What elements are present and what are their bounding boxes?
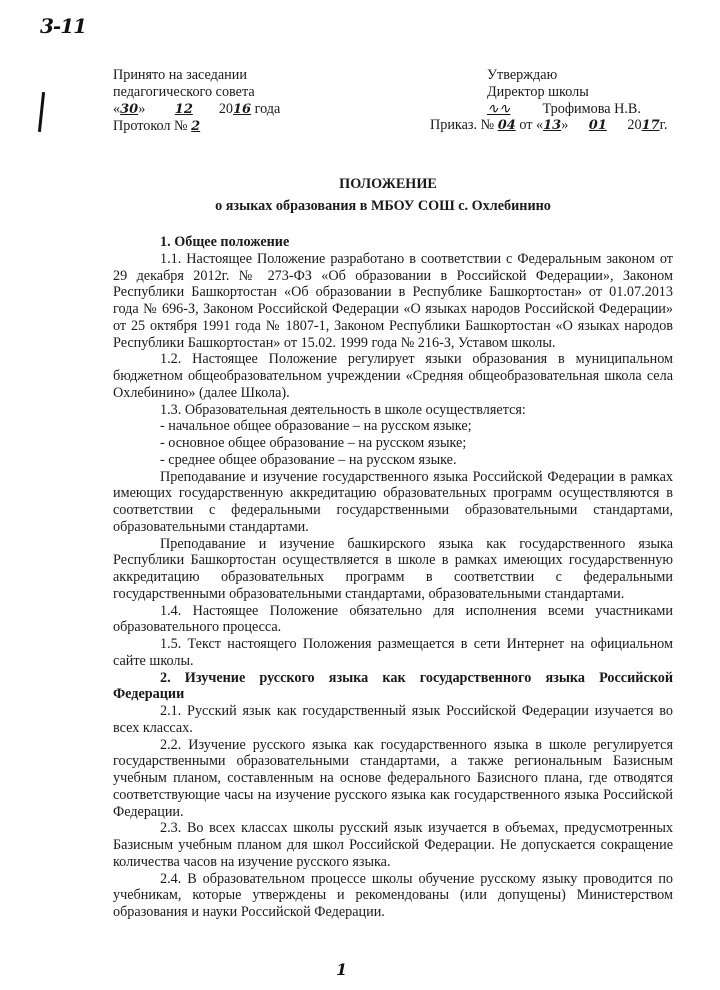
handwritten-month: 12 [149, 102, 219, 119]
section-heading-1: 1. Общее положение [113, 234, 673, 251]
year-prefix: 20 [219, 101, 233, 117]
paragraph-bashkir-language: Преподавание и изучение башкирского язык… [113, 536, 673, 603]
approval-stamp-right: Утверждаю Директор школы ∿∿ Трофимова Н.… [440, 67, 710, 135]
list-item: - начальное общее образование – на русск… [113, 418, 673, 435]
paragraph-2-2: 2.2. Изучение русского языка как государ… [113, 737, 673, 821]
section-heading-2: 2. Изучение русского языка как государст… [113, 670, 673, 704]
director-name: Трофимова Н.В. [543, 101, 641, 117]
document-body: 1. Общее положение 1.1. Настоящее Положе… [113, 234, 673, 921]
list-item: - среднее общее образование – на русском… [113, 452, 673, 469]
order-suffix: г. [660, 117, 668, 133]
document-title: ПОЛОЖЕНИЕ [0, 176, 720, 193]
paragraph-1-2: 1.2. Настоящее Положение регулирует язык… [113, 351, 673, 401]
approval-right-order: Приказ. № 04 от «13» 01 2017г. [430, 117, 710, 135]
handwritten-order-month: 01 [572, 118, 624, 135]
paragraph-russian-language: Преподавание и изучение государственного… [113, 469, 673, 536]
document-subtitle: о языках образования в МБОУ СОШ с. Охлеб… [0, 198, 720, 215]
handwritten-corner-note: 3-11 [40, 14, 86, 38]
date-quote-close: » [138, 101, 145, 117]
order-quote-close: » [561, 117, 568, 133]
paragraph-1-3: 1.3. Образовательная деятельность в школ… [113, 402, 673, 419]
handwritten-order-day: 13 [543, 118, 561, 133]
signature-scribble: ∿∿ [487, 101, 539, 118]
page-number: 1 [336, 960, 347, 979]
date-suffix: года [255, 101, 281, 117]
paragraph-2-3: 2.3. Во всех классах школы русский язык … [113, 820, 673, 870]
paragraph-1-5: 1.5. Текст настоящего Положения размещае… [113, 636, 673, 670]
handwritten-day: 30 [120, 102, 138, 117]
paragraph-2-4: 2.4. В образовательном процессе школы об… [113, 871, 673, 921]
protocol-label: Протокол № [113, 118, 188, 134]
order-year-prefix: 20 [627, 117, 641, 133]
approval-left-date: «30» 122016 года [113, 101, 280, 119]
paragraph-1-4: 1.4. Настоящее Положение обязательно для… [113, 603, 673, 637]
handwritten-order-number: 04 [498, 118, 516, 133]
handwritten-protocol-number: 2 [191, 119, 200, 134]
approval-stamp-left: Принято на заседании педагогического сов… [113, 67, 280, 136]
paragraph-1-1: 1.1. Настоящее Положение разработано в с… [113, 251, 673, 352]
list-item: - основное общее образование – на русско… [113, 435, 673, 452]
order-label: Приказ. № [430, 117, 494, 133]
approval-left-protocol: Протокол № 2 [113, 118, 280, 136]
order-from: от « [519, 117, 543, 133]
approval-left-line2: педагогического совета [113, 84, 280, 101]
approval-right-signature-line: ∿∿ Трофимова Н.В. [440, 101, 710, 118]
paragraph-2-1: 2.1. Русский язык как государственный яз… [113, 703, 673, 737]
approval-right-line2: Директор школы [440, 84, 710, 101]
approval-left-line1: Принято на заседании [113, 67, 280, 84]
handwritten-year: 16 [233, 102, 251, 117]
handwritten-order-year: 17 [642, 118, 660, 133]
handwritten-margin-mark [38, 92, 45, 132]
approval-right-line1: Утверждаю [440, 67, 710, 84]
